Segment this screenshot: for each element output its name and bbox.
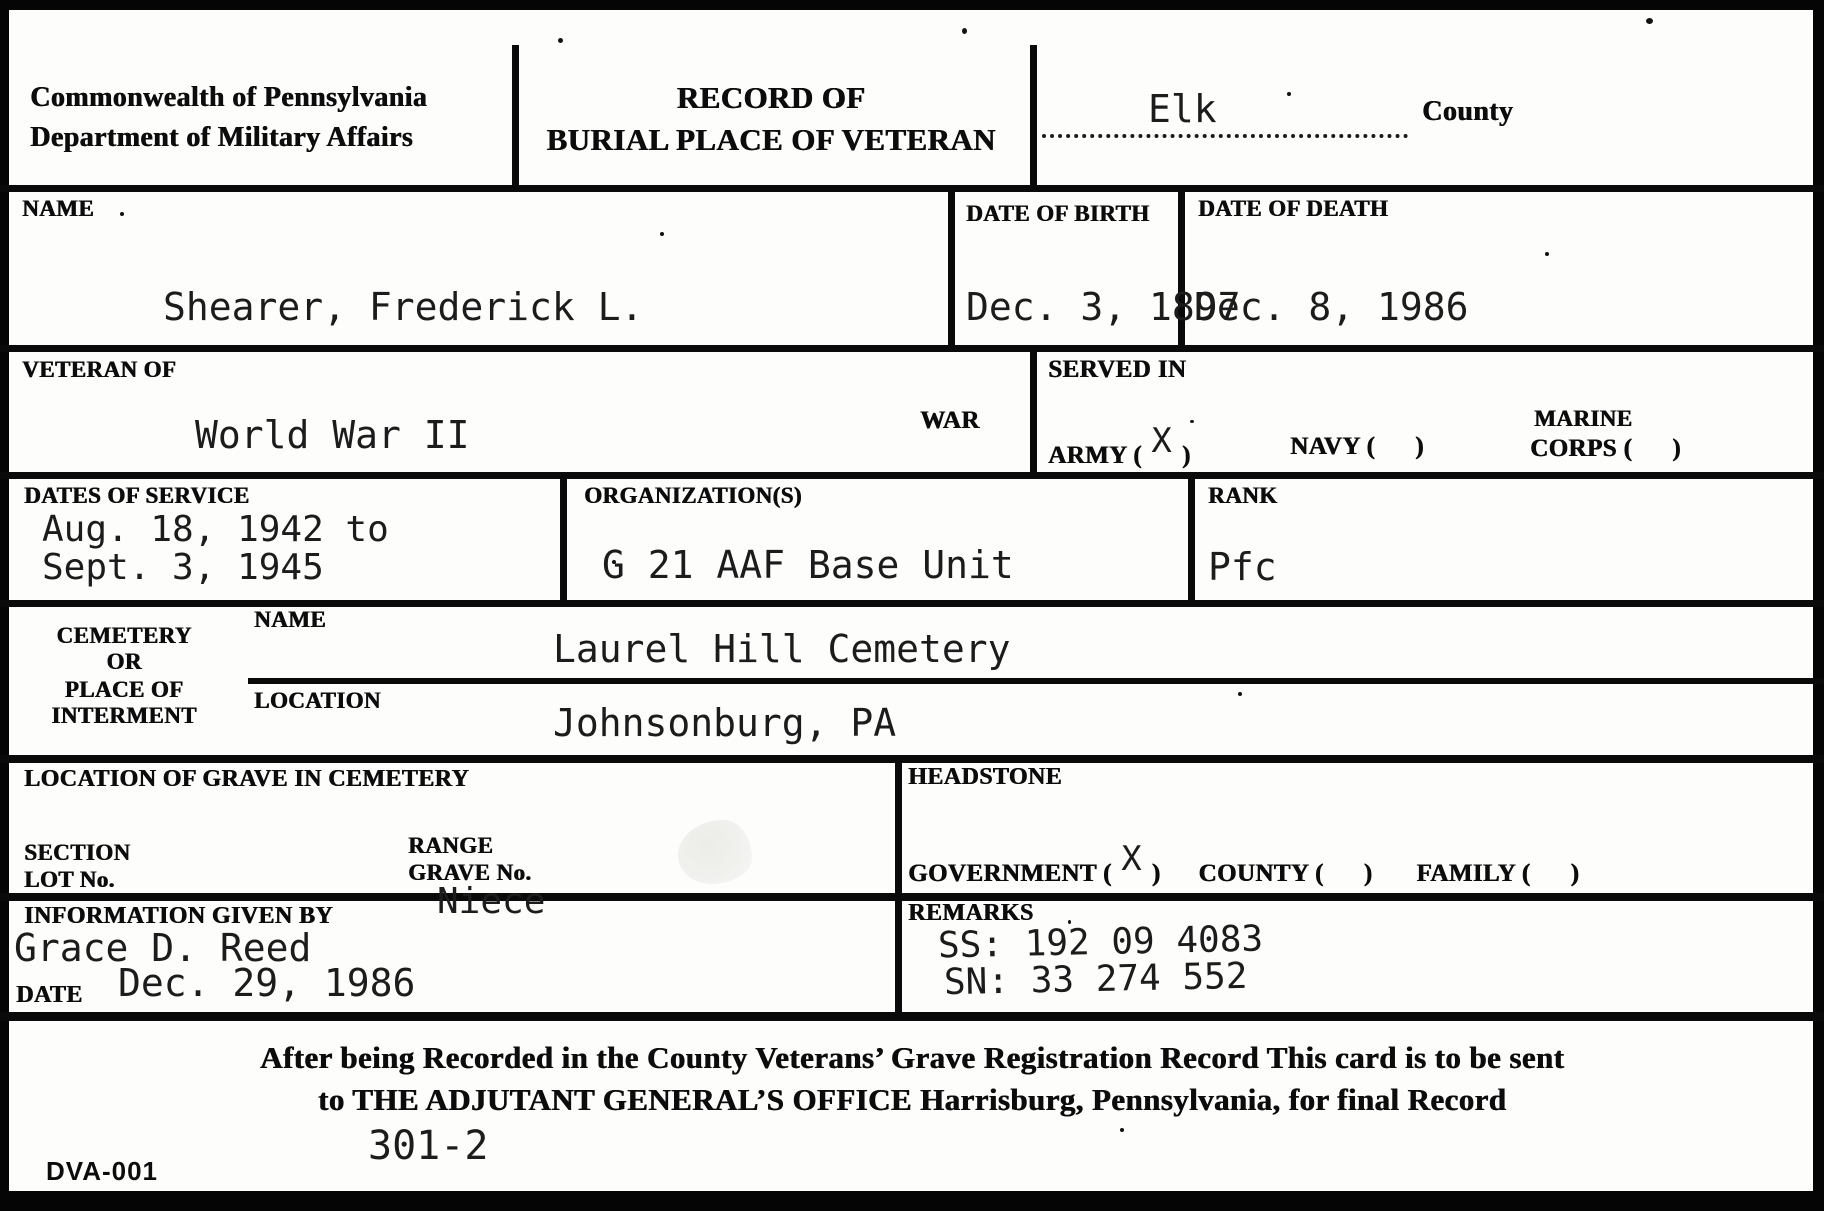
scan-speck — [612, 560, 616, 564]
headstone-label: HEADSTONE — [908, 765, 1062, 789]
marine-corps-label-line1: MARINE — [1534, 407, 1632, 430]
dates-of-service-line2: Sept. 3, 1945 — [42, 550, 324, 586]
cemetery-label-line1: CEMETERY — [0, 624, 248, 647]
form-number: DVA-001 — [46, 1158, 158, 1184]
cemetery-label-line3: PLACE OF — [0, 678, 248, 701]
divider-info-row — [0, 1012, 1824, 1021]
divider-grave-headstone — [895, 755, 902, 1012]
veteran-of-label: VETERAN OF — [22, 358, 176, 381]
war-label: WAR — [920, 408, 980, 433]
marine-paren-close: ) — [1672, 436, 1681, 461]
divider-service-row — [0, 600, 1824, 607]
divider-title-county — [1030, 45, 1037, 185]
death-value: Dec. 8, 1986 — [1194, 288, 1469, 326]
scan-speck — [1646, 18, 1653, 24]
served-in-marine-option: CORPS () — [1530, 436, 1681, 461]
divider-header — [0, 185, 1824, 192]
divider-dates-organization — [560, 472, 567, 600]
scan-speck — [660, 232, 664, 236]
scan-speck — [1120, 1128, 1124, 1132]
government-paren-close: ) — [1152, 861, 1161, 886]
divider-organization-rank — [1188, 472, 1195, 600]
scan-speck — [1190, 420, 1194, 423]
divider-veteran-row — [0, 472, 1824, 479]
information-given-by-label: INFORMATION GIVEN BY — [24, 904, 333, 928]
form-code: 301-2 — [368, 1126, 488, 1166]
government-label: GOVERNMENT ( — [908, 861, 1112, 886]
army-checkbox-mark: X — [1142, 424, 1182, 458]
organization-label: ORGANIZATION(S) — [584, 484, 802, 507]
scan-speck — [962, 28, 967, 34]
county-paren-close: ) — [1364, 861, 1373, 886]
served-in-navy-option: NAVY () — [1290, 434, 1424, 459]
card-border-bottom — [0, 1191, 1824, 1211]
government-checkbox-mark: X — [1112, 842, 1152, 876]
birth-label: DATE OF BIRTH — [966, 202, 1149, 225]
divider-name-birth — [948, 185, 955, 345]
scan-speck — [836, 102, 841, 107]
agency-name-line1: Commonwealth of Pennsylvania — [30, 84, 427, 112]
headstone-county-label: COUNTY ( — [1198, 861, 1323, 886]
information-date-value: Dec. 29, 1986 — [118, 964, 415, 1002]
cemetery-name-label: NAME — [254, 608, 326, 631]
name-label: NAME — [22, 197, 94, 220]
footer-instruction-line2: to THE ADJUTANT GENERAL’S OFFICE Harrisb… — [0, 1084, 1824, 1115]
card-title-line2: BURIAL PLACE OF VETERAN — [512, 124, 1030, 155]
card-title-line1: RECORD OF — [512, 82, 1030, 113]
remarks-label: REMARKS — [908, 901, 1033, 925]
served-in-army-option: ARMY (X) — [1048, 434, 1191, 468]
family-label: FAMILY ( — [1416, 861, 1530, 886]
army-label: ARMY ( — [1048, 443, 1142, 468]
lot-number-label: LOT No. — [24, 868, 115, 891]
divider-cemetery-row — [0, 755, 1824, 763]
dates-of-service-label: DATES OF SERVICE — [24, 484, 249, 507]
scan-speck — [120, 212, 124, 216]
scan-speck — [558, 38, 563, 43]
burial-record-card: Commonwealth of Pennsylvania Department … — [0, 0, 1824, 1211]
divider-cemetery-name-location — [248, 678, 1824, 684]
divider-war-servedin — [1030, 345, 1037, 472]
cemetery-location-value: Johnsonburg, PA — [553, 704, 896, 742]
cemetery-label-line4: INTERMENT — [0, 704, 248, 727]
range-label: RANGE — [408, 834, 493, 857]
scan-speck — [1238, 692, 1242, 696]
county-label: County — [1422, 98, 1513, 126]
grave-location-label: LOCATION OF GRAVE IN CEMETERY — [24, 767, 469, 791]
divider-agency-title — [512, 45, 519, 185]
navy-label: NAVY ( — [1290, 434, 1375, 459]
organization-value: G 21 AAF Base Unit — [602, 546, 1014, 584]
card-border-top — [0, 0, 1824, 10]
scan-speck — [1068, 920, 1071, 924]
cemetery-name-value: Laurel Hill Cemetery — [553, 630, 1011, 668]
spacer — [1372, 861, 1416, 886]
divider-name-row — [0, 345, 1824, 352]
veteran-of-value: World War II — [195, 416, 470, 454]
dates-of-service-line1: Aug. 18, 1942 to — [42, 512, 389, 548]
county-underline — [1042, 96, 1408, 138]
marine-corps-label-line2: CORPS ( — [1530, 436, 1632, 461]
army-paren-close: ) — [1182, 443, 1191, 468]
remarks-line2: SN: 33 274 552 — [944, 959, 1248, 1001]
rank-value: Pfc — [1208, 548, 1277, 586]
scan-speck — [1287, 92, 1291, 96]
headstone-options: GOVERNMENT (X) COUNTY () FAMILY () — [908, 852, 1579, 886]
scan-speck — [1545, 252, 1549, 256]
informant-relationship-value: Niece — [437, 884, 545, 920]
name-value: Shearer, Frederick L. — [163, 288, 643, 326]
scan-watermark — [678, 820, 752, 884]
served-in-label: SERVED IN — [1048, 357, 1186, 382]
footer-instruction-line1: After being Recorded in the County Veter… — [0, 1042, 1824, 1073]
agency-name-line2: Department of Military Affairs — [30, 124, 413, 152]
rank-label: RANK — [1208, 484, 1277, 507]
death-label: DATE OF DEATH — [1198, 197, 1388, 220]
date-label: DATE — [16, 983, 83, 1007]
cemetery-label-line2: OR — [0, 650, 248, 673]
cemetery-location-label: LOCATION — [254, 689, 381, 712]
family-paren-close: ) — [1570, 861, 1579, 886]
section-label: SECTION — [24, 841, 130, 864]
navy-paren-close: ) — [1415, 434, 1424, 459]
spacer — [1160, 861, 1198, 886]
